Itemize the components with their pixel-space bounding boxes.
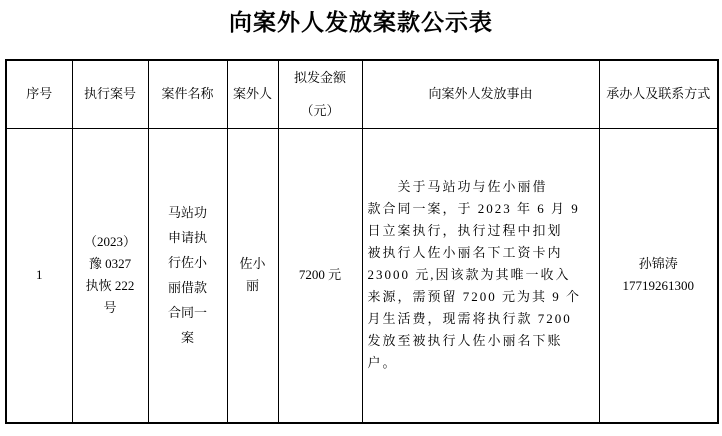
cell-nonparty: 佐小 丽: [227, 128, 278, 423]
col-header-case-number: 执行案号: [72, 60, 148, 128]
table-row: 1 （2023） 豫 0327 执恢 222 号 马站功 申请执 行佐小 丽借款…: [6, 128, 718, 423]
cell-case-name: 马站功 申请执 行佐小 丽借款 合同一 案: [148, 128, 227, 423]
cell-index: 1: [6, 128, 72, 423]
col-header-amount: 拟发金额 （元）: [278, 60, 362, 128]
col-header-handler: 承办人及联系方式: [599, 60, 718, 128]
col-header-reason: 向案外人发放事由: [362, 60, 599, 128]
col-header-index: 序号: [6, 60, 72, 128]
cell-handler: 孙锦涛 17719261300: [599, 128, 718, 423]
col-header-nonparty: 案外人: [227, 60, 278, 128]
cell-case-number: （2023） 豫 0327 执恢 222 号: [72, 128, 148, 423]
page: 向案外人发放案款公示表 序号 执行案号 案件名称 案外人 拟发金额 （元） 向案…: [0, 0, 722, 424]
col-header-case-name: 案件名称: [148, 60, 227, 128]
cell-reason: 关于马站功与佐小丽借 款合同一案，于 2023 年 6 月 9 日立案执行，执行…: [362, 128, 599, 423]
cell-amount: 7200 元: [278, 128, 362, 423]
page-title: 向案外人发放案款公示表: [0, 0, 722, 38]
notice-table: 序号 执行案号 案件名称 案外人 拟发金额 （元） 向案外人发放事由 承办人及联…: [5, 59, 719, 424]
header-row: 序号 执行案号 案件名称 案外人 拟发金额 （元） 向案外人发放事由 承办人及联…: [6, 60, 718, 128]
